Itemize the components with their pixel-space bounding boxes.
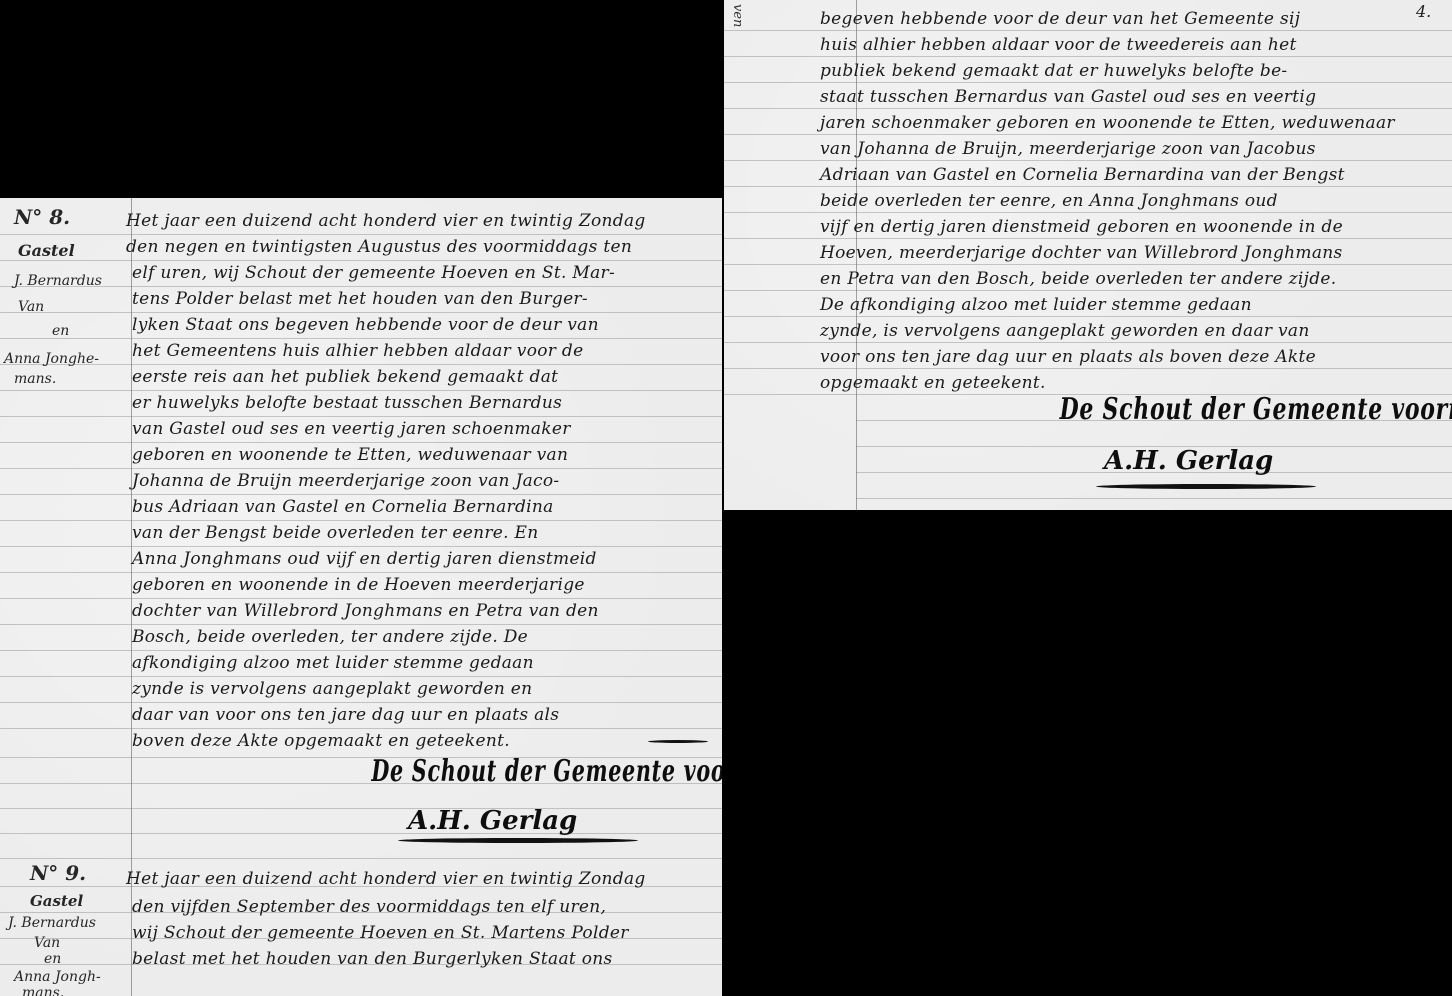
text-line: Adriaan van Gastel en Cornelia Bernardin… <box>820 164 1345 186</box>
text-line: voor ons ten jare dag uur en plaats als … <box>820 346 1316 368</box>
ruled-line <box>724 290 1452 291</box>
ruled-line <box>0 598 722 599</box>
margin-note-surname: Gastel <box>30 892 83 910</box>
ruled-line <box>0 728 722 729</box>
text-line: dochter van Willebrord Jonghmans en Petr… <box>132 600 599 622</box>
ruled-line <box>724 82 1452 83</box>
ruled-line <box>0 520 722 521</box>
ruled-line <box>724 368 1452 369</box>
text-line: lyken Staat ons begeven hebbende voor de… <box>132 314 599 336</box>
ruled-line <box>0 494 722 495</box>
ruled-line <box>724 160 1452 161</box>
ruled-line <box>0 468 722 469</box>
left-page: N° 8. Gastel J. Bernardus Van en Anna Jo… <box>0 198 722 996</box>
signature-title: De Schout der Gemeente voornoemt <box>1060 392 1452 427</box>
text-line: zynde, is vervolgens aangeplakt geworden… <box>820 320 1310 342</box>
text-line: geboren en woonende in de Hoeven meerder… <box>132 574 585 596</box>
margin-note-van: Van <box>18 298 44 316</box>
text-line: eerste reis aan het publiek bekend gemaa… <box>132 366 558 388</box>
text-line: van Gastel oud ses en veertig jaren scho… <box>132 418 571 440</box>
ruled-line <box>724 108 1452 109</box>
margin-note-groom: J. Bernardus <box>8 914 96 932</box>
ruled-line <box>0 572 722 573</box>
ruled-line <box>0 442 722 443</box>
text-line: jaren schoenmaker geboren en woonende te… <box>820 112 1395 134</box>
ruled-line <box>724 264 1452 265</box>
ruled-line <box>0 650 722 651</box>
text-line: afkondiging alzoo met luider stemme geda… <box>132 652 534 674</box>
text-line: Johanna de Bruijn meerderjarige zoon van… <box>132 470 559 492</box>
ruled-line <box>0 260 722 261</box>
text-line: begeven hebbende voor de deur van het Ge… <box>820 8 1300 30</box>
ruled-line <box>0 338 722 339</box>
text-line: het Gemeentens huis alhier hebben aldaar… <box>132 340 583 362</box>
text-line: geboren en woonende te Etten, weduwenaar… <box>132 444 568 466</box>
ruled-line <box>856 498 1452 499</box>
margin-note-en: en <box>44 950 61 968</box>
text-line: Hoeven, meerderjarige dochter van Willeb… <box>820 242 1343 264</box>
margin-note-bride-cont: mans. <box>14 370 56 388</box>
signature-title: De Schout der Gemeente voornoemt <box>371 754 722 789</box>
right-page: ven 4. begeven hebbende voor de deur van… <box>724 0 1452 510</box>
entry-number: N° 8. <box>14 208 70 226</box>
ruled-line <box>724 56 1452 57</box>
ruled-line <box>0 286 722 287</box>
ruled-line <box>0 312 722 313</box>
ruled-line <box>0 624 722 625</box>
page-number: 4. <box>1416 2 1431 21</box>
text-line: Bosch, beide overleden, ter andere zijde… <box>132 626 528 648</box>
text-line: staat tusschen Bernardus van Gastel oud … <box>820 86 1316 108</box>
text-line: beide overleden ter eenre, en Anna Jongh… <box>820 190 1278 212</box>
margin-note-en: en <box>52 322 69 340</box>
text-line: opgemaakt en geteekent. <box>820 372 1046 394</box>
text-line: bus Adriaan van Gastel en Cornelia Berna… <box>132 496 554 518</box>
ruled-line <box>0 808 722 809</box>
text-line: van der Bengst beide overleden ter eenre… <box>132 522 539 544</box>
ruled-line <box>724 30 1452 31</box>
text-line: er huwelyks belofte bestaat tusschen Ber… <box>132 392 562 414</box>
text-line: huis alhier hebben aldaar voor de tweede… <box>820 34 1297 56</box>
ruled-line <box>0 364 722 365</box>
text-line: boven deze Akte opgemaakt en geteekent. <box>132 730 510 752</box>
text-line: tens Polder belast met het houden van de… <box>132 288 588 310</box>
text-line: den negen en twintigsten Augustus des vo… <box>126 236 632 258</box>
text-line: Het jaar een duizend acht honderd vier e… <box>126 210 646 232</box>
text-line: belast met het houden van den Burgerlyke… <box>132 948 613 970</box>
text-line: van Johanna de Bruijn, meerderjarige zoo… <box>820 138 1316 160</box>
margin-note-bride-cont: mans. <box>22 984 64 996</box>
text-line: publiek bekend gemaakt dat er huwelyks b… <box>820 60 1287 82</box>
ruled-line <box>0 833 722 834</box>
ruled-line <box>724 316 1452 317</box>
signature-flourish <box>398 838 638 843</box>
ruled-line <box>724 134 1452 135</box>
text-line: wij Schout der gemeente Hoeven en St. Ma… <box>132 922 629 944</box>
ruled-line <box>0 702 722 703</box>
ruled-line <box>0 858 722 859</box>
line-filler-stroke <box>648 740 708 743</box>
ruled-line <box>0 390 722 391</box>
text-line: zynde is vervolgens aangeplakt geworden … <box>132 678 532 700</box>
text-line: Anna Jonghmans oud vijf en dertig jaren … <box>132 548 597 570</box>
ruled-line <box>724 238 1452 239</box>
ruled-line <box>0 546 722 547</box>
ruled-line <box>724 342 1452 343</box>
ruled-line <box>0 676 722 677</box>
ruled-line <box>724 186 1452 187</box>
edge-fragment: ven <box>730 4 745 27</box>
text-line: daar van voor ons ten jare dag uur en pl… <box>132 704 559 726</box>
margin-note-bride: Anna Jonghe- <box>4 350 99 368</box>
ruled-line <box>724 212 1452 213</box>
text-line: vijf en dertig jaren dienstmeid geboren … <box>820 216 1343 238</box>
text-line: den vijfden September des voormiddags te… <box>132 896 606 918</box>
entry-number: N° 9. <box>30 864 86 882</box>
margin-note-groom: J. Bernardus <box>14 272 102 290</box>
ruled-line <box>0 234 722 235</box>
signature-flourish <box>1096 484 1316 489</box>
text-line: Het jaar een duizend acht honderd vier e… <box>126 868 646 890</box>
margin-note-surname: Gastel <box>18 242 75 260</box>
text-line: De afkondiging alzoo met luider stemme g… <box>820 294 1252 316</box>
ruled-line <box>0 416 722 417</box>
signature-name: A.H. Gerlag <box>408 806 577 836</box>
text-line: en Petra van den Bosch, beide overleden … <box>820 268 1336 290</box>
text-line: elf uren, wij Schout der gemeente Hoeven… <box>132 262 615 284</box>
signature-name: A.H. Gerlag <box>1104 446 1273 476</box>
